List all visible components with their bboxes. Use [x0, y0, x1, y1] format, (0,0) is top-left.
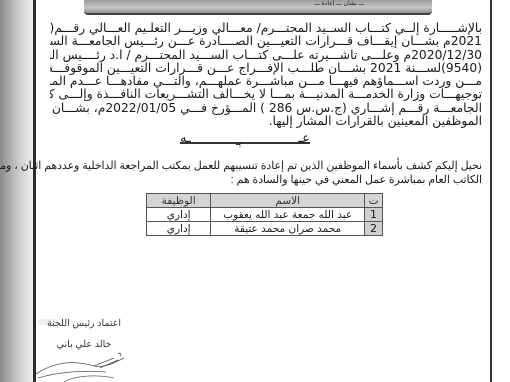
table-header-row: ت الاسم الوظيفة [147, 194, 383, 208]
header-banner-text: ـــ بشأن ـــ إعادة ـــ [244, 0, 364, 6]
header-number: ت [365, 194, 383, 208]
left-margin-rule [33, 0, 36, 382]
paragraph-line: توجيهـــات وزارة الخدمـــة المدنيـــة بم… [50, 88, 482, 101]
row-number: 2 [365, 222, 383, 236]
header-name: الاسم [211, 194, 365, 208]
paragraph-line: 2021م بشـــأن إيقـــاف قـــرارات التعيــ… [50, 35, 482, 48]
reference-paragraph: بالإشـــــارة إلــي كتـــاب الســيد المح… [50, 22, 482, 128]
alaih-start: عـ [298, 131, 310, 146]
alaih-end: ـه [180, 131, 191, 146]
paragraph-line: الكاتب العام بمباشرة عمل المعني في حينها… [50, 174, 482, 188]
paragraph-line: بالإشـــــارة إلــي كتـــاب الســيد المح… [50, 22, 482, 35]
row-role: إداري [147, 222, 211, 236]
header-banner: ـــ بشأن ـــ إعادة ـــ [84, 0, 432, 15]
signature-name: خالد علي باني [44, 339, 124, 350]
referral-paragraph: نحيل إليكم كشف بأسماء الموظفين الذين تم … [50, 160, 482, 187]
kashida-stroke [180, 142, 310, 144]
paragraph-line: 2020/12/30م وعلـــى تأشـــيرته علـــى كت… [50, 49, 482, 62]
paragraph-line: نحيل إليكم كشف بأسماء الموظفين الذين تم … [50, 160, 482, 174]
header-role: الوظيفة [147, 194, 211, 208]
paragraph-line: (9540)لســـنة 2021 بشـــأن طلـــب الإفــ… [50, 62, 482, 75]
alaih-middle: يـ [236, 137, 242, 148]
paragraph-line: الجامعـــة رقـــم إشـــاري (ج.س.س 286 ) … [50, 102, 482, 115]
scan-edge-shadow [0, 0, 33, 382]
paragraph-line: الموظفين المعينين بالقرارات المشار إليها… [50, 115, 482, 128]
row-name: محمد صران محمد عتيقة [211, 222, 365, 236]
table-row: 2 محمد صران محمد عتيقة إداري [147, 222, 383, 236]
signature-title: اعتماد رئيس اللجنة [44, 318, 124, 329]
paragraph-line: مـــن وردت أســـماؤهم فيهـــا مـــن مباش… [50, 75, 482, 88]
row-role: إداري [147, 208, 211, 222]
right-margin-rule [490, 0, 492, 382]
row-name: عبد الله جمعة عبد الله يعقوب [211, 208, 365, 222]
alaih-heading: عـ يـ ـه [180, 134, 310, 146]
row-number: 1 [365, 208, 383, 222]
handwritten-signature-icon [34, 352, 134, 382]
staff-table: ت الاسم الوظيفة 1 عبد الله جمعة عبد الله… [146, 193, 383, 236]
table-row: 1 عبد الله جمعة عبد الله يعقوب إداري [147, 208, 383, 222]
